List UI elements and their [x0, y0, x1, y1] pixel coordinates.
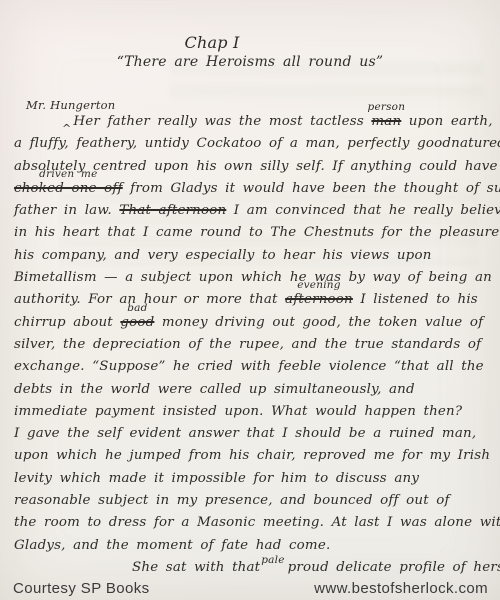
handwritten-text: Bimetallism — a subject upon which he wa…: [14, 270, 492, 285]
handwritten-text: I gave the self evident answer that I sh…: [14, 426, 476, 441]
inserted-text: driven me: [39, 169, 97, 179]
manuscript-line: Bimetallism — a subject upon which he wa…: [14, 267, 494, 289]
struck-out-text: That afternoon: [119, 203, 226, 218]
handwritten-text: exchange. “Suppose” he cried with feeble…: [14, 359, 484, 374]
correction: badgood: [120, 312, 154, 334]
handwritten-text: proud delicate profile of hers: [288, 560, 500, 575]
manuscript-line: She sat with thatpaleproud delicate prof…: [14, 557, 494, 579]
correction: eveningafternoon: [285, 289, 353, 311]
manuscript-line: debts in the world were called up simult…: [14, 379, 494, 401]
manuscript-line: Gladys, and the moment of fate had come.: [14, 535, 494, 557]
handwritten-text: I am convinced that he really believed: [226, 203, 500, 218]
correction: driven mechoked one off: [14, 178, 123, 200]
manuscript-line: in his heart that I came round to The Ch…: [14, 222, 494, 244]
handwritten-text: upon which he jumped from his chair, rep…: [14, 448, 490, 463]
inserted-text: evening: [297, 280, 340, 290]
manuscript-line: driven mechoked one off from Gladys it w…: [14, 178, 494, 200]
handwritten-text: chirrup about: [14, 315, 120, 330]
handwritten-text: the room to dress for a Masonic meeting.…: [14, 515, 500, 530]
handwritten-text: reasonable subject in my presence, and b…: [14, 493, 450, 508]
manuscript-line: I gave the self evident answer that I sh…: [14, 423, 494, 445]
handwritten-text: levity which made it impossible for him …: [14, 471, 419, 486]
manuscript-line: levity which made it impossible for him …: [14, 468, 494, 490]
manuscript-line: reasonable subject in my presence, and b…: [14, 490, 494, 512]
manuscript-line: father in law. That afternoon I am convi…: [14, 200, 494, 222]
insertion-caret: ^: [62, 122, 71, 135]
handwritten-text: money driving out good, the token value …: [154, 315, 483, 330]
handwritten-text: I listened to his: [353, 292, 478, 307]
manuscript-line: his company, and very especially to hear…: [14, 245, 494, 267]
photo-credit: Courtesy SP Books: [13, 580, 150, 597]
handwritten-text: father in law.: [14, 203, 119, 218]
manuscript-body: ^Her father really was the most tactless…: [14, 111, 494, 579]
manuscript-line: authority. For an hour or more that even…: [14, 289, 494, 311]
handwritten-text: debts in the world were called up simult…: [14, 382, 415, 397]
handwritten-text: his company, and very especially to hear…: [14, 248, 432, 263]
inserted-text: pale: [261, 554, 284, 566]
correction: personman: [371, 111, 401, 133]
struck-out-text: choked one off: [14, 181, 123, 196]
manuscript-line: the room to dress for a Masonic meeting.…: [14, 512, 494, 534]
manuscript-line: immediate payment insisted upon. What wo…: [14, 401, 494, 423]
chapter-subtitle: “There are Heroisms all round us”: [0, 54, 500, 70]
manuscript-line: a fluffy, feathery, untidy Cockatoo of a…: [14, 133, 494, 155]
manuscript-line: exchange. “Suppose” he cried with feeble…: [14, 356, 494, 378]
handwritten-text: in his heart that I came round to The Ch…: [14, 225, 500, 240]
manuscript-line: silver, the depreciation of the rupee, a…: [14, 334, 494, 356]
handwritten-text: authority. For an hour or more that: [14, 292, 285, 307]
inserted-text: person: [368, 102, 406, 112]
handwritten-text: Her father really was the most tactless: [73, 114, 371, 129]
handwritten-text: from Gladys it would have been the thoug…: [123, 181, 500, 196]
chapter-heading: Chap I: [0, 33, 424, 52]
manuscript-line: upon which he jumped from his chair, rep…: [14, 445, 494, 467]
struck-out-text: good: [120, 315, 154, 330]
struck-out-text: afternoon: [285, 292, 353, 307]
handwritten-text: immediate payment insisted upon. What wo…: [14, 404, 462, 419]
inserted-text: bad: [127, 303, 147, 313]
handwritten-text: Gladys, and the moment of fate had come.: [14, 538, 330, 553]
handwritten-text: upon earth,: [401, 114, 492, 129]
struck-out-text: man: [371, 114, 401, 129]
website-url: www.bestofsherlock.com: [314, 580, 488, 597]
manuscript-line: chirrup about badgood money driving out …: [14, 312, 494, 334]
handwritten-text: She sat with that: [132, 560, 260, 575]
manuscript-page-photo: Chap I “There are Heroisms all round us”…: [0, 0, 500, 600]
handwritten-text: a fluffy, feathery, untidy Cockatoo of a…: [14, 136, 500, 151]
handwritten-text: silver, the depreciation of the rupee, a…: [14, 337, 481, 352]
manuscript-line: ^Her father really was the most tactless…: [14, 111, 494, 133]
margin-note-mr-hungerton: Mr. Hungerton: [26, 98, 115, 112]
